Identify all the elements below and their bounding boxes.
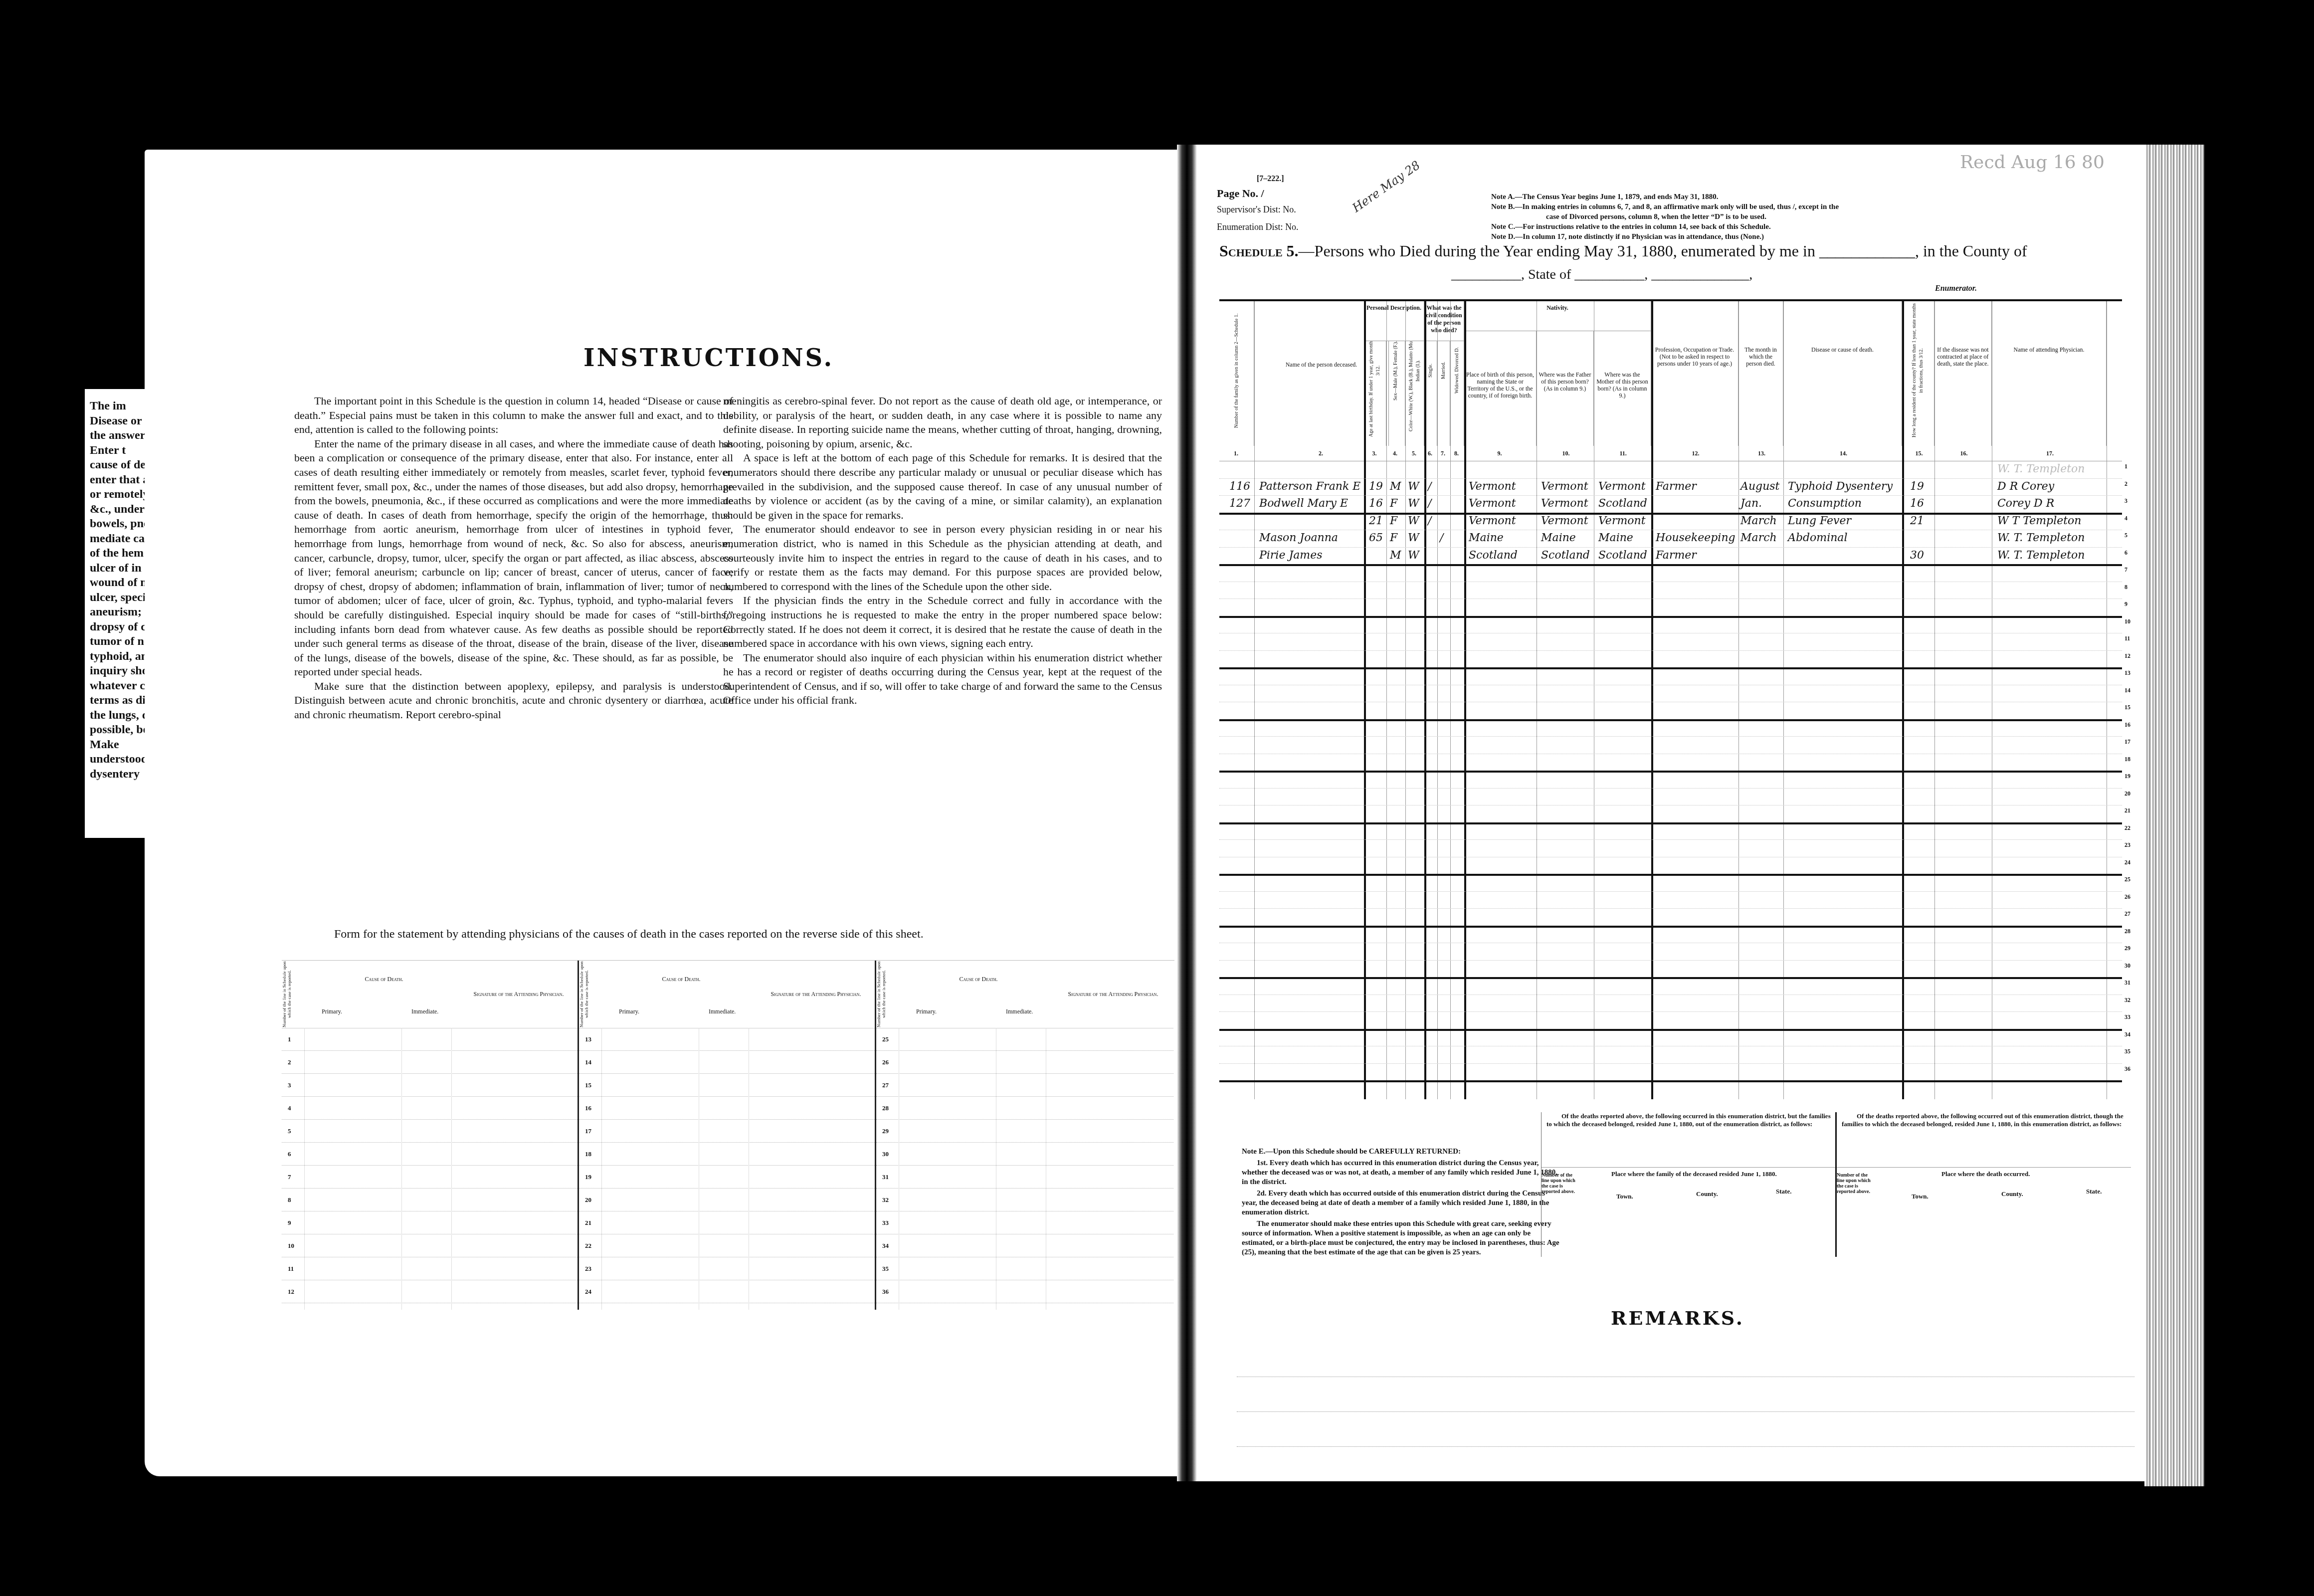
column-header-c13: The month in which the person died. bbox=[1738, 301, 1783, 446]
line-number: 14 bbox=[2124, 687, 2130, 694]
column-header-c17: Name of attending Physician. bbox=[1992, 301, 2107, 446]
line-number: 13 bbox=[2124, 669, 2130, 677]
page-number-field: Page No. / bbox=[1217, 187, 1264, 200]
physician-form-row[interactable]: 34 bbox=[876, 1234, 1173, 1257]
edge-text-line: inquiry shou bbox=[90, 664, 150, 679]
edge-text-line: Make bbox=[90, 738, 150, 753]
physician-form-row[interactable]: 31 bbox=[876, 1166, 1173, 1189]
column-rule bbox=[996, 1028, 996, 1310]
previous-page-text-fragment: The imDisease orthe answer fEnter tcause… bbox=[90, 399, 150, 782]
physician-form-row[interactable]: 15 bbox=[579, 1074, 875, 1097]
column-header-text: Name of attending Physician. bbox=[2014, 346, 2085, 353]
line-number-header: Number of the line in Schedule upon whic… bbox=[876, 961, 896, 1028]
supervisor-district-label: Supervisor's Dist: No. bbox=[1217, 204, 1296, 215]
instructions-paragraph: Enter the name of the primary disease in… bbox=[294, 437, 733, 679]
edge-text-line: bowels, pne bbox=[90, 517, 150, 532]
line-number: 2 bbox=[2124, 480, 2127, 488]
cell-birth: Maine bbox=[1469, 532, 1504, 544]
received-stamp: Recd Aug 16 80 bbox=[1960, 152, 2105, 173]
column-number: 16. bbox=[1960, 450, 1968, 457]
physician-form-row[interactable]: 27 bbox=[876, 1074, 1173, 1097]
cell-father: Vermont bbox=[1541, 497, 1588, 510]
physician-form-block: Number of the line in Schedule upon whic… bbox=[282, 961, 579, 1310]
physician-form-row[interactable]: 26 bbox=[876, 1051, 1173, 1074]
instructions-paragraph: The important point in this Schedule is … bbox=[294, 394, 733, 437]
physician-form-row[interactable]: 29 bbox=[876, 1120, 1173, 1143]
table-row[interactable]: 10 bbox=[1219, 616, 2122, 634]
cell-father: Maine bbox=[1541, 532, 1576, 544]
column-rule bbox=[451, 1028, 452, 1310]
line-number: 30 bbox=[2124, 962, 2130, 970]
table-row[interactable]: 19 bbox=[1219, 771, 2122, 789]
cell-cause: Lung Fever bbox=[1788, 515, 1851, 527]
line-number: 17 bbox=[2124, 738, 2130, 746]
cell-mother: Vermont bbox=[1598, 515, 1646, 527]
line-number: 11 bbox=[2124, 635, 2130, 642]
line-number: 29 bbox=[2124, 945, 2130, 952]
edge-text-line: aneurism; c bbox=[90, 605, 150, 620]
physician-form-header: Number of the line in Schedule upon whic… bbox=[579, 961, 875, 1028]
schedule-label: Schedule 5. bbox=[1219, 242, 1299, 260]
cell-sex: F bbox=[1390, 497, 1397, 510]
physician-form-block: Number of the line in Schedule upon whic… bbox=[579, 961, 876, 1310]
instructions-title: INSTRUCTIONS. bbox=[583, 344, 834, 372]
deaths-in-district-intro: Of the deaths reported above, the follow… bbox=[1546, 1112, 1836, 1128]
line-number: 1 bbox=[2124, 463, 2127, 470]
physician-form-rows: 123456789101112 bbox=[282, 1028, 578, 1310]
edge-text-line: ulcer, specify bbox=[90, 591, 150, 605]
table-row[interactable]: 21FW/VermontVermontVermontMarchLung Feve… bbox=[1219, 513, 2122, 531]
table-row[interactable]: 20 bbox=[1219, 788, 2122, 806]
line-number: 6 bbox=[2124, 549, 2127, 557]
physician-form-row[interactable]: 16 bbox=[579, 1097, 875, 1120]
physician-form-block: Number of the line in Schedule upon whic… bbox=[876, 961, 1173, 1310]
edge-text-line: dysentery bbox=[90, 767, 150, 782]
physician-form-row[interactable]: 30 bbox=[876, 1143, 1173, 1166]
table-row[interactable]: 36 bbox=[1219, 1063, 2122, 1083]
edge-text-line: ulcer of in bbox=[90, 561, 150, 576]
state-header: State. bbox=[2086, 1188, 2102, 1196]
column-number: 17. bbox=[2046, 450, 2054, 457]
cell-birth: Vermont bbox=[1469, 480, 1516, 493]
schedule-notes: Note A.—The Census Year begins June 1, 1… bbox=[1491, 192, 1839, 242]
line-number: 26 bbox=[2124, 893, 2130, 901]
table-row[interactable]: 33 bbox=[1219, 1011, 2122, 1031]
edge-text-line: typhoid, an bbox=[90, 649, 150, 664]
cell-resident: 30 bbox=[1910, 549, 1924, 562]
line-number: 24 bbox=[2124, 859, 2130, 866]
cell-resident: 19 bbox=[1910, 480, 1924, 493]
table-row[interactable]: Mason Joanna65FW/MaineMaineMaineHousekee… bbox=[1219, 530, 2122, 548]
physician-form-row[interactable]: 10 bbox=[282, 1234, 578, 1257]
mortality-schedule-table: Number of the family as given in column … bbox=[1219, 299, 2122, 1099]
column-group-personal: Personal Description. bbox=[1364, 301, 1424, 341]
edge-text-line: Enter t bbox=[90, 443, 150, 458]
table-row[interactable]: 21 bbox=[1219, 805, 2122, 824]
edge-text-line: wound of ne bbox=[90, 576, 150, 591]
table-row[interactable]: 31 bbox=[1219, 977, 2122, 995]
physician-form-rows: 252627282930313233343536 bbox=[876, 1028, 1173, 1310]
column-number: 7. bbox=[1441, 450, 1445, 457]
column-number: 11. bbox=[1620, 450, 1627, 457]
cell-name: Patterson Frank E bbox=[1259, 480, 1360, 493]
column-number: 1. bbox=[1234, 450, 1238, 457]
table-row[interactable]: 127Bodwell Mary E16FW/VermontVermontScot… bbox=[1219, 495, 2122, 515]
line-number: 23 bbox=[2124, 841, 2130, 849]
cell-name: Pirie James bbox=[1259, 549, 1323, 562]
line-number: 9 bbox=[2124, 600, 2127, 608]
cell-mother: Vermont bbox=[1598, 480, 1646, 493]
physician-form-row[interactable]: 2 bbox=[282, 1051, 578, 1074]
table-row[interactable]: 15 bbox=[1219, 702, 2122, 721]
line-number: 32 bbox=[2124, 997, 2130, 1004]
table-row[interactable]: 14 bbox=[1219, 685, 2122, 703]
signature-header: Signature of the Attending Physician. bbox=[1066, 991, 1160, 998]
column-rule bbox=[401, 1028, 402, 1310]
physician-form-row[interactable]: 25 bbox=[876, 1028, 1173, 1051]
remarks-title: REMARKS. bbox=[1611, 1307, 1744, 1329]
cell-color: W bbox=[1408, 549, 1419, 562]
physician-form-row[interactable]: 23 bbox=[579, 1257, 875, 1280]
note-e-paragraph: 1st. Every death which has occurred in t… bbox=[1242, 1159, 1561, 1187]
edge-text-line: the lungs, d bbox=[90, 708, 150, 723]
primary-header: Primary. bbox=[619, 1008, 639, 1015]
cell-m: / bbox=[1440, 532, 1443, 544]
column-numbers: 1.2.3.4.5.6.7.8.9.10.11.12.13.14.15.16.1… bbox=[1219, 446, 2122, 461]
physician-form-row[interactable]: 21 bbox=[579, 1211, 875, 1234]
book-gutter bbox=[1177, 145, 1197, 1481]
cause-of-death-header: Cause of Death. bbox=[604, 976, 759, 983]
instructions-paragraph: meningitis as cerebro-spinal fever. Do n… bbox=[723, 394, 1162, 451]
physician-form-header: Number of the line in Schedule upon whic… bbox=[282, 961, 578, 1028]
note-b-continued: case of Divorced persons, column 8, when… bbox=[1491, 212, 1839, 222]
physician-form-row[interactable]: 22 bbox=[579, 1234, 875, 1257]
column-rule bbox=[304, 1028, 305, 1310]
column-group-civil: What was the civil condition of the pers… bbox=[1424, 301, 1464, 341]
table-row[interactable]: 116Patterson Frank E19MW/VermontVermontV… bbox=[1219, 478, 2122, 496]
physician-form-row[interactable]: 5 bbox=[282, 1120, 578, 1143]
line-number: 31 bbox=[2124, 979, 2130, 987]
column-number: 5. bbox=[1412, 450, 1416, 457]
immediate-header: Immediate. bbox=[709, 1008, 736, 1015]
cell-color: W bbox=[1408, 515, 1419, 527]
page-number-label: Page No. bbox=[1217, 187, 1258, 199]
cell-physician: W. T. Templeton bbox=[1997, 463, 2085, 475]
table-row[interactable]: 7 bbox=[1219, 564, 2122, 582]
physician-form-row[interactable]: 6 bbox=[282, 1143, 578, 1166]
column-header-text: Disease or cause of death. bbox=[1811, 346, 1874, 353]
cell-cause: Typhoid Dysentery bbox=[1788, 480, 1893, 493]
signature-header: Signature of the Attending Physician. bbox=[471, 991, 566, 998]
cell-father: Vermont bbox=[1541, 515, 1588, 527]
column-rule bbox=[899, 1028, 899, 1310]
line-number: 18 bbox=[2124, 756, 2130, 763]
physician-form-row[interactable]: 20 bbox=[579, 1189, 875, 1211]
line-number: 25 bbox=[2124, 876, 2130, 883]
edge-text-line: cause of de bbox=[90, 458, 150, 473]
table-row[interactable]: 12 bbox=[1219, 650, 2122, 670]
line-number-header: Number of the line in Schedule upon whic… bbox=[579, 961, 599, 1028]
note-c: Note C.—For instructions relative to the… bbox=[1491, 222, 1839, 232]
physician-form-row[interactable]: 33 bbox=[876, 1211, 1173, 1234]
cell-sex: M bbox=[1390, 480, 1401, 493]
column-number: 2. bbox=[1319, 450, 1323, 457]
edge-text-line: of the hem bbox=[90, 546, 150, 561]
physician-form-row[interactable]: 7 bbox=[282, 1166, 578, 1189]
table-row[interactable]: Pirie JamesMWScotlandScotlandScotlandFar… bbox=[1219, 547, 2122, 567]
table-row[interactable]: 9 bbox=[1219, 598, 2122, 618]
column-header-text: How long a resident of the county? If le… bbox=[1911, 303, 1925, 438]
cell-resident: 21 bbox=[1910, 515, 1924, 527]
enumeration-district-label: Enumeration Dist: No. bbox=[1217, 222, 1298, 232]
instructions-column-2: meningitis as cerebro-spinal fever. Do n… bbox=[723, 394, 1162, 708]
table-row[interactable]: 23 bbox=[1219, 839, 2122, 857]
table-row[interactable]: 35 bbox=[1219, 1046, 2122, 1064]
edge-text-line: mediate cau bbox=[90, 532, 150, 547]
table-row[interactable]: 24 bbox=[1219, 857, 2122, 876]
cell-s: / bbox=[1428, 497, 1431, 510]
cell-birth: Vermont bbox=[1469, 515, 1516, 527]
column-header-text: Number of the family as given in column … bbox=[1233, 303, 1240, 438]
county-header: County. bbox=[1696, 1190, 1718, 1198]
cell-father: Vermont bbox=[1541, 480, 1588, 493]
instructions-paragraph: The enumerator should endeavor to see in… bbox=[723, 522, 1162, 594]
cell-age: 21 bbox=[1369, 515, 1383, 527]
physician-form-row[interactable]: 4 bbox=[282, 1097, 578, 1120]
cell-physician: W. T. Templeton bbox=[1997, 549, 2085, 562]
cell-color: W bbox=[1408, 497, 1419, 510]
line-number: 21 bbox=[2124, 807, 2130, 814]
cell-physician: W T Templeton bbox=[1997, 515, 2082, 527]
line-number: 19 bbox=[2124, 773, 2130, 780]
cell-occupation: Housekeeping bbox=[1656, 532, 1735, 544]
cause-of-death-header: Cause of Death. bbox=[901, 976, 1056, 983]
table-row[interactable]: 11 bbox=[1219, 633, 2122, 651]
edge-text-line: terms as di bbox=[90, 693, 150, 708]
instructions-paragraph: The enumerator should also inquire of ea… bbox=[723, 651, 1162, 708]
column-header-c14: Disease or cause of death. bbox=[1783, 301, 1902, 446]
cell-cause: Consumption bbox=[1788, 497, 1862, 510]
cell-physician: Corey D R bbox=[1997, 497, 2054, 510]
note-e-paragraph: 2d. Every death which has occurred outsi… bbox=[1242, 1189, 1561, 1217]
edge-text-line: possible, be bbox=[90, 723, 150, 738]
column-rule bbox=[1046, 1028, 1046, 1310]
page-number-value: / bbox=[1261, 187, 1264, 199]
table-row[interactable]: 16 bbox=[1219, 719, 2122, 737]
physician-form-rows: 131415161718192021222324 bbox=[579, 1028, 875, 1310]
cell-mother: Scotland bbox=[1598, 497, 1647, 510]
note-e-paragraph: The enumerator should make these entries… bbox=[1242, 1219, 1561, 1257]
column-header-c15: How long a resident of the county? If le… bbox=[1902, 301, 1934, 446]
physician-form-row[interactable]: 32 bbox=[876, 1189, 1173, 1211]
physician-form-row[interactable]: 18 bbox=[579, 1143, 875, 1166]
cell-birth: Vermont bbox=[1469, 497, 1516, 510]
town-header: Town. bbox=[1912, 1193, 1928, 1200]
cell-name: Mason Joanna bbox=[1259, 532, 1338, 544]
instructions-column-1: The important point in this Schedule is … bbox=[294, 394, 733, 722]
physician-form-row[interactable]: 9 bbox=[282, 1211, 578, 1234]
column-header-c1: Number of the family as given in column … bbox=[1219, 301, 1254, 446]
edge-text-line: or remotely bbox=[90, 487, 150, 502]
cell-month: August bbox=[1740, 480, 1779, 493]
cell-occupation: Farmer bbox=[1656, 549, 1697, 562]
line-number-header: Number of the line upon which the case i… bbox=[1542, 1173, 1581, 1195]
state-header: State. bbox=[1776, 1188, 1791, 1196]
instructions-paragraph: Make sure that the distinction between a… bbox=[294, 679, 733, 722]
table-row[interactable]: 26 bbox=[1219, 891, 2122, 909]
line-number: 27 bbox=[2124, 910, 2130, 918]
cell-occupation: Farmer bbox=[1656, 480, 1697, 493]
cause-of-death-header: Cause of Death. bbox=[307, 976, 461, 983]
physician-form-row[interactable]: 14 bbox=[579, 1051, 875, 1074]
column-group-nativity: Nativity. bbox=[1464, 301, 1651, 331]
cell-color: W bbox=[1408, 480, 1419, 493]
immediate-header: Immediate. bbox=[411, 1008, 438, 1015]
physician-form-header: Number of the line in Schedule upon whic… bbox=[876, 961, 1173, 1028]
line-number: 3 bbox=[2124, 497, 2127, 505]
cell-family: 116 bbox=[1229, 480, 1250, 493]
physician-statement-form: Number of the line in Schedule upon whic… bbox=[282, 960, 1174, 1310]
deaths-in-district-table: Of the deaths reported above, the follow… bbox=[1541, 1112, 1836, 1257]
physician-form-row[interactable]: 24 bbox=[579, 1280, 875, 1303]
cell-s: / bbox=[1428, 515, 1431, 527]
edge-text-line: The im bbox=[90, 399, 150, 414]
cell-father: Scotland bbox=[1541, 549, 1590, 562]
column-number: 8. bbox=[1454, 450, 1459, 457]
note-d: Note D.—In column 17, note distinctly if… bbox=[1491, 232, 1839, 242]
line-number: 28 bbox=[2124, 928, 2130, 935]
column-header-c16: If the disease was not contracted at pla… bbox=[1934, 301, 1992, 446]
line-number-header: Number of the line in Schedule upon whic… bbox=[282, 961, 302, 1028]
note-e-title: Note E.—Upon this Schedule should be CAR… bbox=[1242, 1147, 1561, 1157]
physician-form-row[interactable]: 1 bbox=[282, 1028, 578, 1051]
line-number: 8 bbox=[2124, 584, 2127, 591]
column-header-text: The month in which the person died. bbox=[1744, 346, 1777, 367]
physician-form-row[interactable]: 19 bbox=[579, 1166, 875, 1189]
physician-form-row[interactable]: 35 bbox=[876, 1257, 1173, 1280]
cell-name: Bodwell Mary E bbox=[1259, 497, 1348, 510]
table-row[interactable]: 28 bbox=[1219, 926, 2122, 944]
column-header-text: Where was the Mother of this person born… bbox=[1596, 371, 1648, 399]
physician-form-row[interactable]: 12 bbox=[282, 1280, 578, 1303]
physician-form-row[interactable]: 13 bbox=[579, 1028, 875, 1051]
line-number: 33 bbox=[2124, 1013, 2130, 1021]
line-number: 36 bbox=[2124, 1065, 2130, 1073]
column-header-c12: Profession, Occupation or Trade. (Not to… bbox=[1651, 301, 1738, 446]
deaths-out-of-district-table: Of the deaths reported above, the follow… bbox=[1835, 1112, 2131, 1257]
column-number: 14. bbox=[1840, 450, 1847, 457]
physician-form-title: Form for the statement by attending phys… bbox=[334, 928, 924, 941]
line-number: 22 bbox=[2124, 824, 2130, 832]
cell-month: Jan. bbox=[1740, 497, 1762, 510]
column-number: 10. bbox=[1562, 450, 1570, 457]
line-number: 4 bbox=[2124, 515, 2127, 522]
table-row[interactable]: W. T. Templeton1 bbox=[1219, 461, 2122, 479]
line-number: 35 bbox=[2124, 1048, 2130, 1055]
cell-s: / bbox=[1428, 480, 1431, 493]
immediate-header: Immediate. bbox=[1006, 1008, 1033, 1015]
form-number: [7–222.] bbox=[1257, 175, 1284, 184]
cell-physician: D R Corey bbox=[1997, 480, 2054, 493]
line-number: 5 bbox=[2124, 532, 2127, 539]
edge-text-line: dropsy of ch bbox=[90, 620, 150, 635]
cell-color: W bbox=[1408, 532, 1419, 544]
cell-physician: W. T. Templeton bbox=[1997, 532, 2085, 544]
place-header: Place where the family of the deceased r… bbox=[1611, 1170, 1777, 1178]
schedule-title: Schedule 5.—Persons who Died during the … bbox=[1219, 242, 2027, 260]
line-number: 12 bbox=[2124, 652, 2130, 660]
schedule-title-text: —Persons who Died during the Year ending… bbox=[1299, 242, 2027, 260]
instructions-paragraph: If the physician finds the entry in the … bbox=[723, 594, 1162, 650]
cell-family: 127 bbox=[1229, 497, 1250, 510]
column-header-text: Place of birth of this person, naming th… bbox=[1466, 371, 1534, 399]
primary-header: Primary. bbox=[916, 1008, 937, 1015]
edge-text-line: &c., under t bbox=[90, 502, 150, 517]
place-header: Place where the death occurred. bbox=[1941, 1170, 2030, 1178]
physician-form-row[interactable]: 17 bbox=[579, 1120, 875, 1143]
cell-age: 65 bbox=[1369, 532, 1383, 544]
physician-form-row[interactable]: 36 bbox=[876, 1280, 1173, 1303]
physician-form-row[interactable]: 11 bbox=[282, 1257, 578, 1280]
line-number: 10 bbox=[2124, 618, 2130, 625]
table-row[interactable]: 17 bbox=[1219, 736, 2122, 754]
column-header-text: Name of the person deceased. bbox=[1286, 361, 1357, 368]
column-number: 6. bbox=[1428, 450, 1432, 457]
column-rule bbox=[601, 1028, 602, 1310]
table-row[interactable]: 27 bbox=[1219, 908, 2122, 928]
page-stack-edges bbox=[2144, 145, 2204, 1486]
remarks-line[interactable] bbox=[1237, 1377, 2134, 1377]
note-e: Note E.—Upon this Schedule should be CAR… bbox=[1242, 1147, 1561, 1259]
cell-month: March bbox=[1740, 515, 1777, 527]
cell-cause: Abdominal bbox=[1788, 532, 1848, 544]
edge-text-line: enter that a bbox=[90, 473, 150, 488]
cell-mother: Maine bbox=[1598, 532, 1633, 544]
column-number: 15. bbox=[1916, 450, 1923, 457]
table-row[interactable]: 25 bbox=[1219, 874, 2122, 892]
column-header-text: Profession, Occupation or Trade. (Not to… bbox=[1655, 346, 1734, 367]
column-number: 4. bbox=[1393, 450, 1397, 457]
table-row[interactable]: 22 bbox=[1219, 822, 2122, 840]
remarks-line[interactable] bbox=[1237, 1411, 2134, 1412]
table-row[interactable]: 32 bbox=[1219, 995, 2122, 1012]
physician-form-row[interactable]: 28 bbox=[876, 1097, 1173, 1120]
table-row[interactable]: 18 bbox=[1219, 754, 2122, 773]
table-row[interactable]: 29 bbox=[1219, 943, 2122, 961]
table-row[interactable]: 34 bbox=[1219, 1029, 2122, 1047]
primary-header: Primary. bbox=[322, 1008, 342, 1015]
table-row[interactable]: 8 bbox=[1219, 582, 2122, 599]
signature-header: Signature of the Attending Physician. bbox=[769, 991, 863, 998]
enumerator-label: Enumerator. bbox=[1935, 284, 1977, 293]
table-row[interactable]: 30 bbox=[1219, 960, 2122, 980]
edge-text-line: tumor of ne bbox=[90, 634, 150, 649]
edge-text-line: understood. bbox=[90, 752, 150, 767]
column-header-text: Where was the Father of this person born… bbox=[1539, 371, 1591, 392]
cell-resident: 16 bbox=[1910, 497, 1924, 510]
table-row[interactable]: 13 bbox=[1219, 667, 2122, 685]
physician-form-row[interactable]: 8 bbox=[282, 1189, 578, 1211]
cell-age: 19 bbox=[1369, 480, 1383, 493]
line-number: 16 bbox=[2124, 721, 2130, 729]
column-rule bbox=[699, 1028, 699, 1310]
column-number: 12. bbox=[1692, 450, 1700, 457]
edge-text-line: Disease or bbox=[90, 414, 150, 429]
county-header: County. bbox=[2001, 1190, 2023, 1198]
remarks-line[interactable] bbox=[1237, 1446, 2134, 1447]
physician-form-row[interactable]: 3 bbox=[282, 1074, 578, 1097]
cell-sex: M bbox=[1390, 549, 1401, 562]
